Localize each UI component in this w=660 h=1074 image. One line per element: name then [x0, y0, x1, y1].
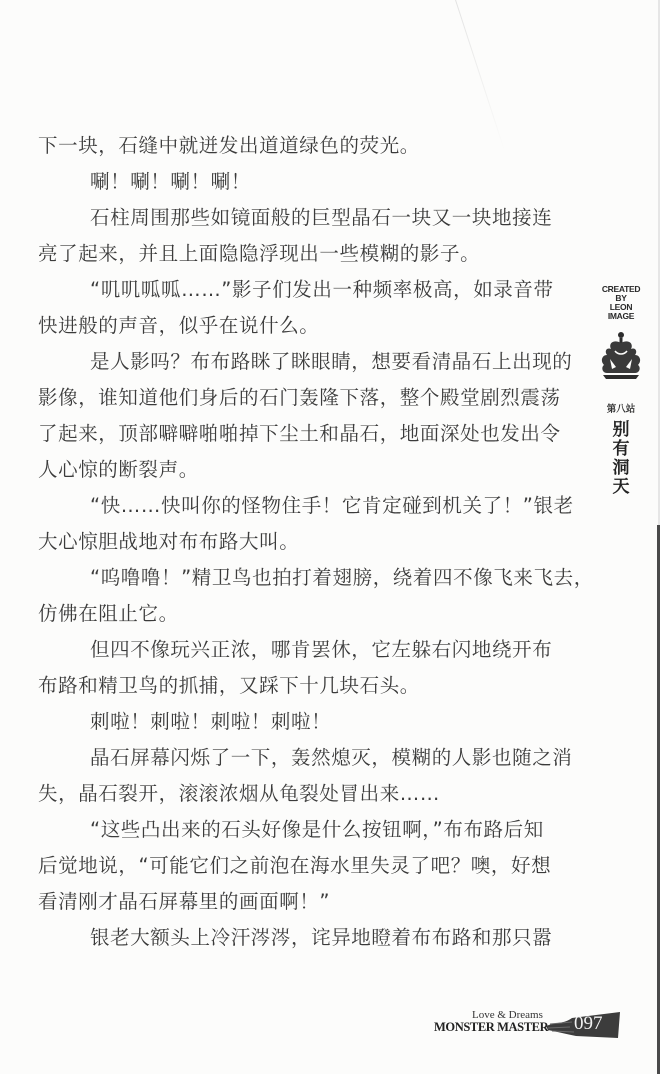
text-line: 后觉地说，“可能它们之前泡在海水里失灵了吧？噢，好想 [38, 848, 568, 884]
chapter-sidebar: CREATED BY LEON IMAGE 第八站 别有洞天 [596, 285, 646, 497]
text-line: 布路和精卫鸟的抓捕，又踩下十几块石头。 [38, 668, 568, 704]
text-line: 但四不像玩兴正浓，哪肯罢休，它左躲右闪地绕开布 [38, 632, 568, 668]
text-line: 是人影吗？布布路眯了眯眼睛，想要看清晶石上出现的 [38, 344, 568, 380]
text-line: 影像，谁知道他们身后的石门轰隆下落，整个殿堂剧烈震荡 [38, 380, 568, 416]
text-line: 仿佛在阻止它。 [38, 596, 568, 632]
text-line: 下一块，石缝中就迸发出道道绿色的荧光。 [38, 128, 568, 164]
chapter-title: 别有洞天 [611, 421, 631, 497]
text-line: 唰！唰！唰！唰！ [38, 164, 568, 200]
series-title: MONSTER MASTER [434, 1020, 548, 1035]
text-line: “呜噜噜！”精卫鸟也拍打着翅膀，绕着四不像飞来飞去， [38, 560, 568, 596]
credit-text: CREATED BY LEON IMAGE [596, 285, 646, 321]
credit-line: IMAGE [596, 312, 646, 321]
ornamental-crest-icon [598, 329, 644, 381]
text-line: “快……快叫你的怪物住手！它肯定碰到机关了！”银老 [38, 488, 568, 524]
text-line: 晶石屏幕闪烁了一下，轰然熄灭，模糊的人影也随之消 [38, 740, 568, 776]
page-footer: Love & Dreams MONSTER MASTER 097 [434, 1009, 624, 1043]
text-line: 看清刚才晶石屏幕里的画面啊！” [38, 884, 568, 920]
text-line: “叽叽呱呱……”影子们发出一种频率极高，如录音带 [38, 272, 568, 308]
text-line: 了起来，顶部噼噼啪啪掉下尘土和晶石，地面深处也发出令 [38, 416, 568, 452]
body-text: 下一块，石缝中就迸发出道道绿色的荧光。唰！唰！唰！唰！石柱周围那些如镜面般的巨型… [38, 128, 568, 956]
book-page: 下一块，石缝中就迸发出道道绿色的荧光。唰！唰！唰！唰！石柱周围那些如镜面般的巨型… [0, 0, 660, 1074]
chapter-number: 第八站 [596, 401, 646, 415]
text-line: 失，晶石裂开，滚滚浓烟从龟裂处冒出来…… [38, 776, 568, 812]
text-line: 石柱周围那些如镜面般的巨型晶石一块又一块地接连 [38, 200, 568, 236]
text-line: “这些凸出来的石头好像是什么按钮啊，”布布路后知 [38, 812, 568, 848]
text-line: 人心惊的断裂声。 [38, 452, 568, 488]
text-line: 银老大额头上冷汗涔涔，诧异地瞪着布布路和那只嚣 [38, 920, 568, 956]
text-line: 亮了起来，并且上面隐隐浮现出一些模糊的影子。 [38, 236, 568, 272]
page-number: 097 [574, 1013, 603, 1035]
text-line: 刺啦！刺啦！刺啦！刺啦！ [38, 704, 568, 740]
text-line: 快进般的声音，似乎在说什么。 [38, 308, 568, 344]
text-line: 大心惊胆战地对布布路大叫。 [38, 524, 568, 560]
